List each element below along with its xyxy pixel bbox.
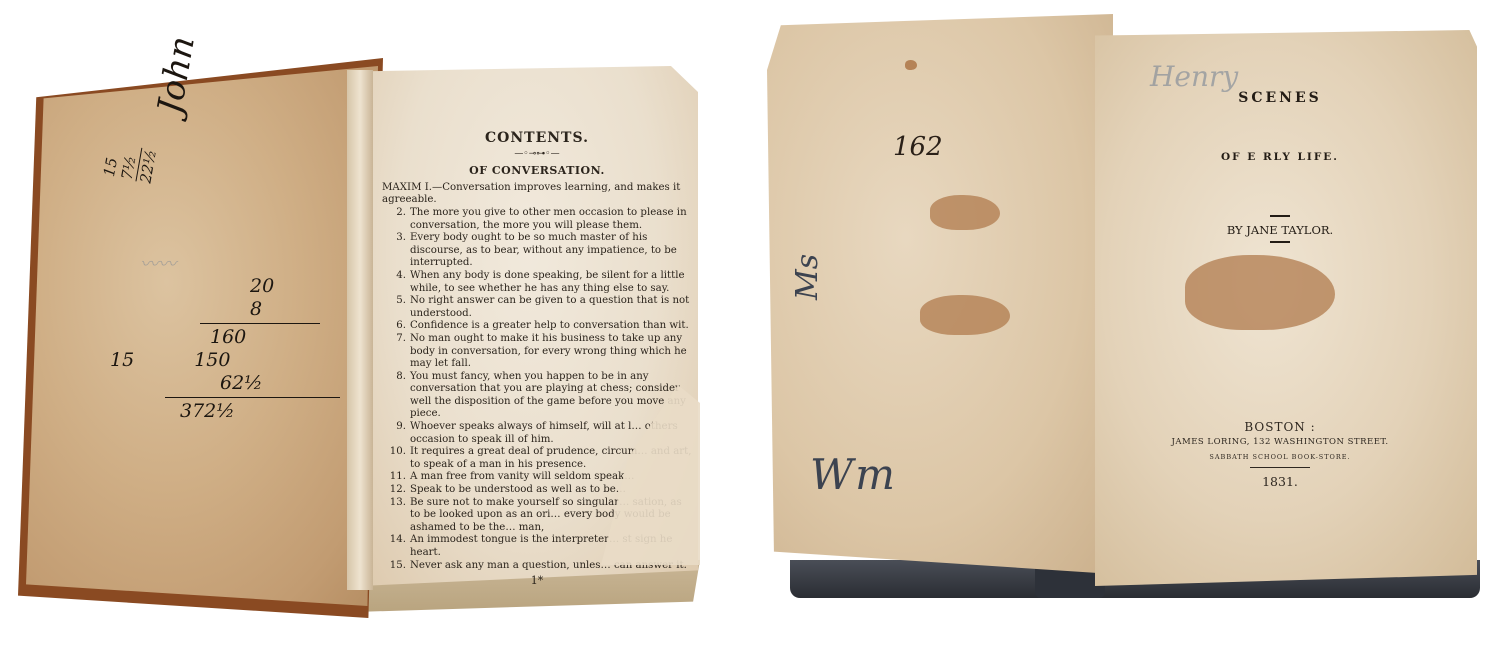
maxim-text: No right answer can be given to a questi… <box>410 295 692 320</box>
ornament-divider: —◦⊸⊶◦— <box>382 148 692 161</box>
maxim-number: 4. <box>382 270 410 295</box>
rule <box>1270 241 1290 243</box>
maxim-number: 5. <box>382 295 410 320</box>
sum-large-line: 160 <box>180 326 340 349</box>
book-author: BY JANE TAYLOR. <box>1110 223 1450 237</box>
author-block: BY JANE TAYLOR. <box>1110 215 1450 243</box>
title-block: SCENES OF E RLY LIFE. BY JANE TAYLOR. <box>1110 90 1450 247</box>
maxim-number: 14. <box>382 534 410 559</box>
maxim-number: 11. <box>382 471 410 484</box>
maxim-number: 13. <box>382 497 410 535</box>
contents-title: CONTENTS. <box>382 132 692 145</box>
sum-large-line: 20 <box>180 275 340 298</box>
maxim-number: 2. <box>382 207 410 232</box>
rule <box>1270 215 1290 217</box>
maxim-number: 12. <box>382 484 410 497</box>
stain <box>920 295 1010 335</box>
imprint-city: BOSTON : <box>1110 420 1450 434</box>
book-subtitle: OF E RLY LIFE. <box>1110 151 1450 163</box>
maxim-number: 8. <box>382 371 410 421</box>
pencil-scribble: 〰〰 <box>140 250 176 276</box>
rule <box>1250 467 1310 468</box>
maxim-text: You must fancy, when you happen to be in… <box>410 371 692 421</box>
maxim-text: The more you give to other men occasion … <box>410 207 692 232</box>
maxim-number: 15. <box>382 560 410 573</box>
maxim-number: 9. <box>382 421 410 446</box>
pencil-signature: Henry <box>1150 60 1238 93</box>
handwritten-scrawl: Ms <box>790 254 825 300</box>
maxim-item: 4.When any body is done speaking, be sil… <box>382 270 692 295</box>
stain <box>930 195 1000 230</box>
maxim-text: Confidence is a greater help to conversa… <box>410 320 692 333</box>
maxim-number: 3. <box>382 232 410 270</box>
book-title: SCENES <box>1110 90 1450 106</box>
maxim-number: 6. <box>382 320 410 333</box>
imprint-store: SABBATH SCHOOL BOOK-STORE. <box>1110 453 1450 461</box>
sum-large-line: 8 <box>180 298 340 321</box>
sum-rule <box>200 323 320 324</box>
margin-mark: 15 <box>110 349 134 371</box>
handwritten-scrawl: Wm <box>810 450 897 499</box>
maxim-number: 10. <box>382 446 410 471</box>
sum-rule <box>165 397 340 398</box>
maxim-item: 2.The more you give to other men occasio… <box>382 207 692 232</box>
maxim-item: 6.Confidence is a greater help to conver… <box>382 320 692 333</box>
stain <box>1185 255 1335 330</box>
maxim-number: 7. <box>382 333 410 371</box>
imprint-publisher: JAMES LORING, 132 WASHINGTON STREET. <box>1110 437 1450 447</box>
maxim-item: 8.You must fancy, when you happen to be … <box>382 371 692 421</box>
sum-large-line: 15150 <box>180 349 340 372</box>
maxim-item: 5.No right answer can be given to a ques… <box>382 295 692 320</box>
sum-large-value: 150 <box>194 349 230 371</box>
page-number: 1* <box>382 575 692 588</box>
handwritten-number: 162 <box>893 132 943 162</box>
sum-large-line: 62½ <box>180 372 340 395</box>
maxim-text: Every body ought to be so much master of… <box>410 232 692 270</box>
maxim-item: MAXIM I.—Conversation improves learning,… <box>382 182 692 207</box>
sum-large-total: 372½ <box>180 400 340 423</box>
maxim-number: MAXIM I. <box>382 182 432 193</box>
section-heading: OF CONVERSATION. <box>382 165 692 178</box>
stain <box>905 60 917 70</box>
maxim-item: 7.No man ought to make it his business t… <box>382 333 692 371</box>
maxim-text: When any body is done speaking, be silen… <box>410 270 692 295</box>
book-left-spine <box>347 70 373 590</box>
maxim-text: No man ought to make it his business to … <box>410 333 692 371</box>
maxim-item: 3.Every body ought to be so much master … <box>382 232 692 270</box>
imprint-year: 1831. <box>1110 474 1450 489</box>
imprint: BOSTON : JAMES LORING, 132 WASHINGTON ST… <box>1110 420 1450 489</box>
handwritten-sum-large: 20 8 160 15150 62½ 372½ <box>180 275 340 423</box>
